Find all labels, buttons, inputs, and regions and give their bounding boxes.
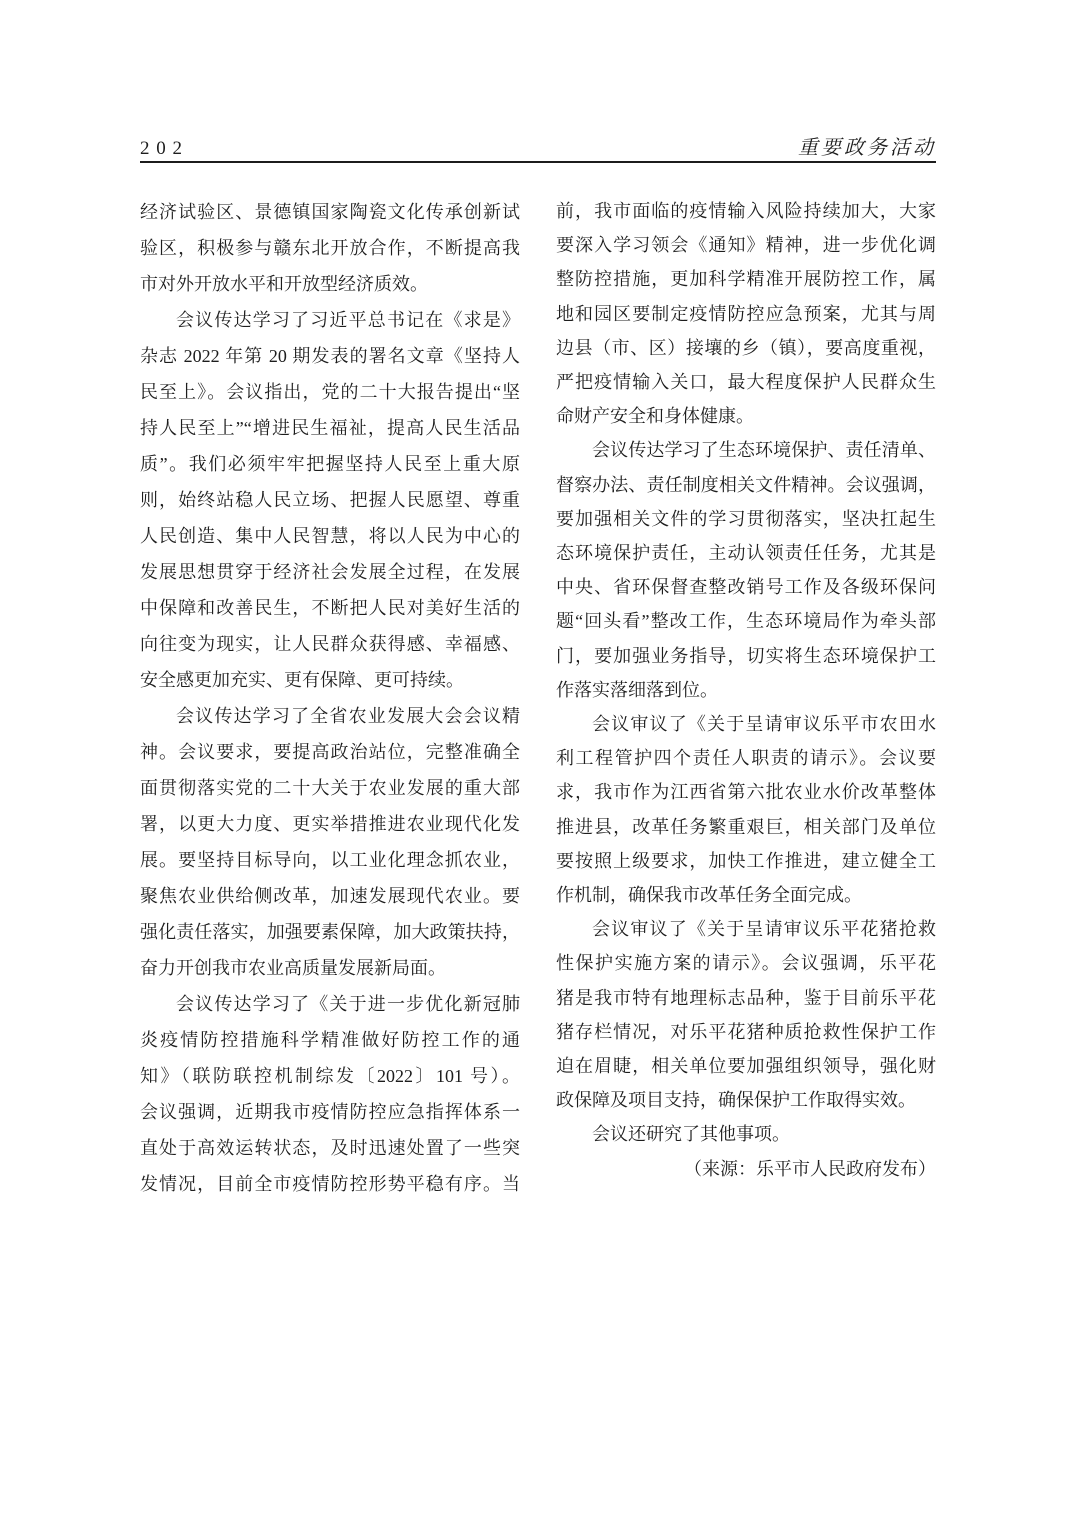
right-column: 前，我市面临的疫情输入风险持续加大，大家要深入学习领会《通知》精神，进一步优化调… bbox=[556, 194, 936, 1202]
document-page: 2 0 2 重要政务活动 经济试验区、景德镇国家陶瓷文化传承创新试验区，积极参与… bbox=[0, 0, 1074, 1520]
text-line: 地和园区要制定疫情防控应急预案，尤其与周 bbox=[556, 297, 936, 331]
text-line: 前，我市面临的疫情输入风险持续加大，大家 bbox=[556, 194, 936, 228]
left-column: 经济试验区、景德镇国家陶瓷文化传承创新试验区，积极参与赣东北开放合作，不断提高我… bbox=[140, 194, 520, 1202]
text-line: 会议传达学习了习近平总书记在《求是》 bbox=[140, 302, 520, 338]
text-line: 要按照上级要求，加快工作推进，建立健全工 bbox=[556, 844, 936, 878]
page-number: 2 0 2 bbox=[140, 139, 183, 158]
page-header: 2 0 2 重要政务活动 bbox=[140, 130, 936, 163]
text-line: 质”。我们必须牢牢把握坚持人民至上重大原 bbox=[140, 446, 520, 482]
text-line: 聚焦农业供给侧改革，加速发展现代农业。要 bbox=[140, 878, 520, 914]
text-line: 态环境保护责任，主动认领责任任务，尤其是 bbox=[556, 536, 936, 570]
text-line: 会议传达学习了生态环境保护、责任清单、 bbox=[556, 433, 936, 467]
page-content: 2 0 2 重要政务活动 经济试验区、景德镇国家陶瓷文化传承创新试验区，积极参与… bbox=[140, 0, 936, 1202]
text-line: 炎疫情防控措施科学精准做好防控工作的通 bbox=[140, 1022, 520, 1058]
text-line: 政保障及项目支持，确保保护工作取得实效。 bbox=[556, 1083, 936, 1117]
text-line: 安全感更加充实、更有保障、更可持续。 bbox=[140, 662, 520, 698]
text-line: 验区，积极参与赣东北开放合作，不断提高我 bbox=[140, 230, 520, 266]
text-line: 强化责任落实，加强要素保障，加大政策扶持， bbox=[140, 914, 520, 950]
text-line: 会议审议了《关于呈请审议乐平市农田水 bbox=[556, 707, 936, 741]
text-line: 会议传达学习了《关于进一步优化新冠肺 bbox=[140, 986, 520, 1022]
text-line: 发展思想贯穿于经济社会发展全过程，在发展 bbox=[140, 554, 520, 590]
text-line: 知》（联防联控机制综发〔2022〕101 号）。 bbox=[140, 1058, 520, 1094]
text-line: 作落实落细落到位。 bbox=[556, 673, 936, 707]
text-line: 迫在眉睫，相关单位要加强组织领导，强化财 bbox=[556, 1049, 936, 1083]
text-line: 人民创造、集中人民智慧，将以人民为中心的 bbox=[140, 518, 520, 554]
text-line: 边县（市、区）接壤的乡（镇），要高度重视， bbox=[556, 331, 936, 365]
text-line: 神。会议要求，要提高政治站位，完整准确全 bbox=[140, 734, 520, 770]
text-line: 持人民至上”“增进民生福祉，提高人民生活品 bbox=[140, 410, 520, 446]
text-line: 面贯彻落实党的二十大关于农业发展的重大部 bbox=[140, 770, 520, 806]
text-line: 督察办法、责任制度相关文件精神。会议强调， bbox=[556, 468, 936, 502]
text-line: 中保障和改善民生，不断把人民对美好生活的 bbox=[140, 590, 520, 626]
text-line: 直处于高效运转状态，及时迅速处置了一些突 bbox=[140, 1130, 520, 1166]
text-line: 市对外开放水平和开放型经济质效。 bbox=[140, 266, 520, 302]
text-columns: 经济试验区、景德镇国家陶瓷文化传承创新试验区，积极参与赣东北开放合作，不断提高我… bbox=[140, 194, 936, 1202]
text-line: （来源：乐平市人民政府发布） bbox=[556, 1152, 936, 1186]
text-line: 发情况，目前全市疫情防控形势平稳有序。当 bbox=[140, 1166, 520, 1202]
text-line: 推进县，改革任务繁重艰巨，相关部门及单位 bbox=[556, 810, 936, 844]
text-line: 命财产安全和身体健康。 bbox=[556, 399, 936, 433]
header-section-title: 重要政务活动 bbox=[798, 138, 936, 158]
text-line: 向往变为现实，让人民群众获得感、幸福感、 bbox=[140, 626, 520, 662]
text-line: 作机制，确保我市改革任务全面完成。 bbox=[556, 878, 936, 912]
text-line: 会议强调，近期我市疫情防控应急指挥体系一 bbox=[140, 1094, 520, 1130]
text-line: 猪是我市特有地理标志品种，鉴于目前乐平花 bbox=[556, 981, 936, 1015]
text-line: 利工程管护四个责任人职责的请示》。会议要 bbox=[556, 741, 936, 775]
text-line: 奋力开创我市农业高质量发展新局面。 bbox=[140, 950, 520, 986]
text-line: 要深入学习领会《通知》精神，进一步优化调 bbox=[556, 228, 936, 262]
text-line: 性保护实施方案的请示》。会议强调，乐平花 bbox=[556, 946, 936, 980]
text-line: 杂志 2022 年第 20 期发表的署名文章《坚持人 bbox=[140, 338, 520, 374]
text-line: 会议审议了《关于呈请审议乐平花猪抢救 bbox=[556, 912, 936, 946]
text-line: 求，我市作为江西省第六批农业水价改革整体 bbox=[556, 775, 936, 809]
text-line: 中央、省环保督查整改销号工作及各级环保问 bbox=[556, 570, 936, 604]
text-line: 经济试验区、景德镇国家陶瓷文化传承创新试 bbox=[140, 194, 520, 230]
text-line: 展。要坚持目标导向，以工业化理念抓农业， bbox=[140, 842, 520, 878]
text-line: 猪存栏情况，对乐平花猪种质抢救性保护工作 bbox=[556, 1015, 936, 1049]
text-line: 会议还研究了其他事项。 bbox=[556, 1117, 936, 1151]
text-line: 门，要加强业务指导，切实将生态环境保护工 bbox=[556, 639, 936, 673]
text-line: 整防控措施，更加科学精准开展防控工作，属 bbox=[556, 262, 936, 296]
text-line: 严把疫情输入关口，最大程度保护人民群众生 bbox=[556, 365, 936, 399]
text-line: 民至上》。会议指出，党的二十大报告提出“坚 bbox=[140, 374, 520, 410]
text-line: 要加强相关文件的学习贯彻落实，坚决扛起生 bbox=[556, 502, 936, 536]
text-line: 会议传达学习了全省农业发展大会会议精 bbox=[140, 698, 520, 734]
text-line: 署，以更大力度、更实举措推进农业现代化发 bbox=[140, 806, 520, 842]
text-line: 则，始终站稳人民立场、把握人民愿望、尊重 bbox=[140, 482, 520, 518]
text-line: 题“回头看”整改工作，生态环境局作为牵头部 bbox=[556, 604, 936, 638]
